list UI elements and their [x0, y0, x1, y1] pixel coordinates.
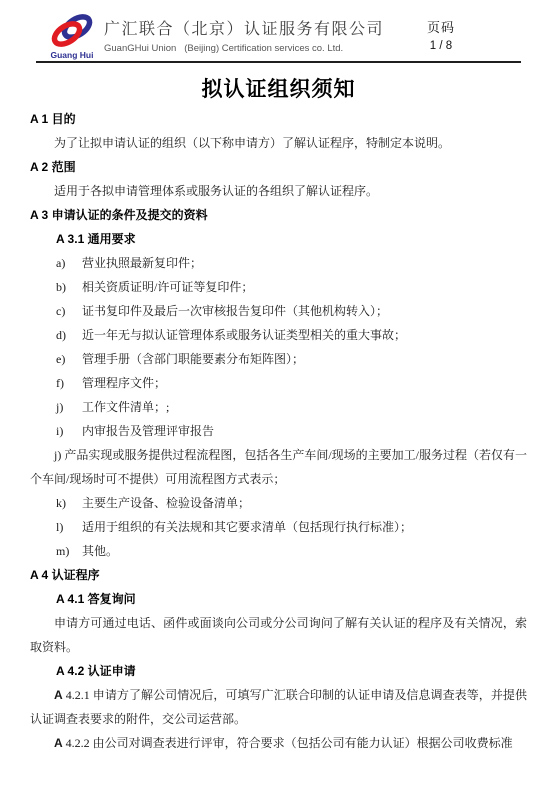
list-text: 主要生产设备、检验设备清单； — [82, 491, 527, 515]
list-marker: a) — [56, 251, 82, 275]
paragraph: A 4.2.1 申请方了解公司情况后，可填写广汇联合印制的认证申请及信息调查表等… — [30, 683, 527, 731]
document-page: Guang Hui 广汇联合（北京）认证服务有限公司 GuanGHui Unio… — [0, 0, 557, 792]
heading-a4-1: A 4.1 答复询问 — [56, 587, 527, 611]
clause-letter: A — [54, 736, 63, 750]
list-item: k) 主要生产设备、检验设备清单； — [56, 491, 527, 515]
company-name-zh: 广汇联合（北京）认证服务有限公司 — [104, 16, 411, 39]
list-marker: l) — [56, 515, 82, 539]
company-name-block: 广汇联合（北京）认证服务有限公司 GuanGHui Union (Beijing… — [104, 13, 411, 54]
clause-letter: A — [54, 688, 63, 702]
list-item: e) 管理手册（含部门职能要素分布矩阵图）； — [56, 347, 527, 371]
header-divider — [36, 61, 521, 63]
list-marker: f) — [56, 371, 82, 395]
list-text: 内审报告及管理评审报告 — [82, 419, 527, 443]
interlocked-rings-icon — [49, 13, 95, 49]
list-marker: j) — [56, 395, 82, 419]
paragraph: 适用于各拟申请管理体系或服务认证的各组织了解认证程序。 — [30, 179, 527, 203]
page-number-label: 页码 — [411, 17, 471, 36]
list-marker: d) — [56, 323, 82, 347]
list-item: f) 管理程序文件； — [56, 371, 527, 395]
paragraph: 申请方可通过电话、函件或面谈向公司或分公司询问了解有关认证的程序及有关情况，索取… — [30, 611, 527, 659]
list-item: d) 近一年无与拟认证管理体系或服务认证类型相关的重大事故； — [56, 323, 527, 347]
heading-a3-1: A 3.1 通用要求 — [56, 227, 527, 251]
page-number-block: 页码 1 / 8 — [411, 13, 471, 52]
list-text: 相关资质证明/许可证等复印件； — [82, 275, 527, 299]
list-text: 管理手册（含部门职能要素分布矩阵图）； — [82, 347, 527, 371]
clause-text: 4.2.1 申请方了解公司情况后，可填写广汇联合印制的认证申请及信息调查表等，并… — [30, 688, 527, 726]
list-marker: k) — [56, 491, 82, 515]
heading-a4-2: A 4.2 认证申请 — [56, 659, 527, 683]
list-item: c) 证书复印件及最后一次审核报告复印件（其他机构转入）； — [56, 299, 527, 323]
list-text: 近一年无与拟认证管理体系或服务认证类型相关的重大事故； — [82, 323, 527, 347]
list-item: b) 相关资质证明/许可证等复印件； — [56, 275, 527, 299]
list-item: m) 其他。 — [56, 539, 527, 563]
list-marker: m) — [56, 539, 82, 563]
document-body: A 1 目的 为了让拟申请认证的组织（以下称申请方）了解认证程序，特制定本说明。… — [0, 104, 557, 755]
paragraph: 为了让拟申请认证的组织（以下称申请方）了解认证程序，特制定本说明。 — [30, 131, 527, 155]
list-marker: e) — [56, 347, 82, 371]
paragraph: A 4.2.2 由公司对调查表进行评审，符合要求（包括公司有能力认证）根据公司收… — [30, 731, 527, 755]
document-title: 拟认证组织须知 — [0, 76, 557, 104]
list-marker: i) — [56, 419, 82, 443]
page-number-value: 1 / 8 — [411, 40, 471, 52]
list-item: l) 适用于组织的有关法规和其它要求清单（包括现行执行标准）； — [56, 515, 527, 539]
list-item: a) 营业执照最新复印件； — [56, 251, 527, 275]
list-text: 其他。 — [82, 539, 527, 563]
heading-a1: A 1 目的 — [30, 107, 527, 131]
company-logo: Guang Hui — [47, 13, 97, 60]
company-name-en: GuanGHui Union (Beijing) Certification s… — [104, 43, 411, 54]
list-marker: c) — [56, 299, 82, 323]
list-marker: b) — [56, 275, 82, 299]
list-text: 营业执照最新复印件； — [82, 251, 527, 275]
heading-a2: A 2 范围 — [30, 155, 527, 179]
clause-text: 4.2.2 由公司对调查表进行评审，符合要求（包括公司有能力认证）根据公司收费标… — [63, 736, 513, 750]
list-item: j) 工作文件清单；; — [56, 395, 527, 419]
list-text: 工作文件清单；; — [82, 395, 527, 419]
list-item: i) 内审报告及管理评审报告 — [56, 419, 527, 443]
page-header: Guang Hui 广汇联合（北京）认证服务有限公司 GuanGHui Unio… — [0, 0, 557, 60]
logo-wordmark: Guang Hui — [51, 50, 94, 60]
list-text: 适用于组织的有关法规和其它要求清单（包括现行执行标准）； — [82, 515, 527, 539]
list-text: 管理程序文件； — [82, 371, 527, 395]
heading-a4: A 4 认证程序 — [30, 563, 527, 587]
heading-a3: A 3 申请认证的条件及提交的资料 — [30, 203, 527, 227]
list-text: 证书复印件及最后一次审核报告复印件（其他机构转入）； — [82, 299, 527, 323]
paragraph: j) 产品实现或服务提供过程流程图，包括各生产车间/现场的主要加工/服务过程（若… — [30, 443, 527, 491]
